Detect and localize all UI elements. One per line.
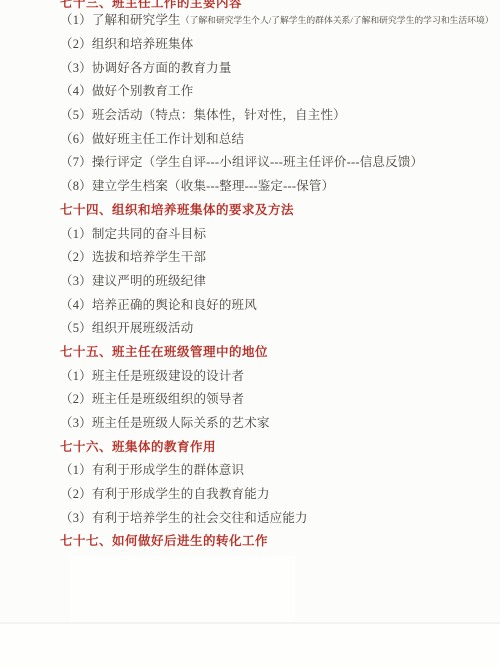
section-heading: 七十六、班集体的教育作用 (0, 434, 500, 458)
list-item: （3）建议严明的班级纪律 (0, 268, 500, 292)
section-heading: 七十四、组织和培养班集体的要求及方法 (0, 197, 500, 221)
list-item: （8）建立学生档案（收集---整理---鉴定---保管） (0, 173, 500, 197)
list-item: （3）班主任是班级人际关系的艺术家 (0, 410, 500, 434)
document-page: 七十三、班主任工作的主要内容 （1）了解和研究学生（了解和研究学生个人/了解学生… (0, 0, 500, 667)
list-item: （4）培养正确的舆论和良好的班风 (0, 292, 500, 316)
item-text: （2）组织和培养班集体 (60, 34, 193, 52)
section-heading: 七十七、如何做好后进生的转化工作 (0, 529, 500, 553)
item-text: （1）班主任是班级建设的设计者 (60, 366, 244, 384)
item-text: （7）操行评定（学生自评---小组评议---班主任评价---信息反馈） (60, 152, 423, 170)
list-item: （2）选拔和培养学生干部 (0, 244, 500, 268)
item-text: （2）选拔和培养学生干部 (60, 247, 206, 265)
item-text: （1）制定共同的奋斗目标 (60, 224, 206, 242)
item-text: （3）班主任是班级人际关系的艺术家 (60, 413, 270, 431)
item-text: （6）做好班主任工作计划和总结 (60, 129, 244, 147)
item-text: （2）有利于形成学生的自我教育能力 (60, 484, 270, 502)
list-item: （3）有利于培养学生的社会交往和适应能力 (0, 505, 500, 529)
item-note: （了解和研究学生个人/了解学生的群体关系/了解和研究学生的学习和生活环境） (181, 13, 494, 26)
list-item: （4）做好个别教育工作 (0, 79, 500, 103)
list-item: （7）操行评定（学生自评---小组评议---班主任评价---信息反馈） (0, 150, 500, 174)
list-item: （2）有利于形成学生的自我教育能力 (0, 481, 500, 505)
list-item: （6）做好班主任工作计划和总结 (0, 126, 500, 150)
document-content: （1）了解和研究学生（了解和研究学生个人/了解学生的群体关系/了解和研究学生的学… (0, 8, 500, 553)
list-item: （1）了解和研究学生（了解和研究学生个人/了解学生的群体关系/了解和研究学生的学… (0, 8, 500, 32)
list-item: （1）制定共同的奋斗目标 (0, 221, 500, 245)
section-heading: 七十五、班主任在班级管理中的地位 (0, 339, 500, 363)
item-text: （3）建议严明的班级纪律 (60, 271, 206, 289)
list-item: （2）班主任是班级组织的领导者 (0, 387, 500, 411)
list-item: （5）组织开展班级活动 (0, 315, 500, 339)
list-item: （1）有利于形成学生的群体意识 (0, 458, 500, 482)
item-text: （5）班会活动（特点：集体性，针对性，自主性） (60, 105, 346, 123)
list-item: （1）班主任是班级建设的设计者 (0, 363, 500, 387)
scan-artifact (70, 556, 295, 622)
item-text: （5）组织开展班级活动 (60, 318, 193, 336)
item-text: （4）培养正确的舆论和良好的班风 (60, 295, 257, 313)
item-text: （3）协调好各方面的教育力量 (60, 58, 232, 76)
list-item: （2）组织和培养班集体 (0, 31, 500, 55)
item-text: （3）有利于培养学生的社会交往和适应能力 (60, 508, 308, 526)
page-margin-area (0, 624, 500, 667)
item-text: （1）了解和研究学生 (60, 10, 181, 28)
list-item: （5）班会活动（特点：集体性，针对性，自主性） (0, 102, 500, 126)
item-text: （2）班主任是班级组织的领导者 (60, 389, 244, 407)
list-item: （3）协调好各方面的教育力量 (0, 55, 500, 79)
item-text: （1）有利于形成学生的群体意识 (60, 460, 244, 478)
item-text: （8）建立学生档案（收集---整理---鉴定---保管） (60, 176, 334, 194)
item-text: （4）做好个别教育工作 (60, 81, 193, 99)
